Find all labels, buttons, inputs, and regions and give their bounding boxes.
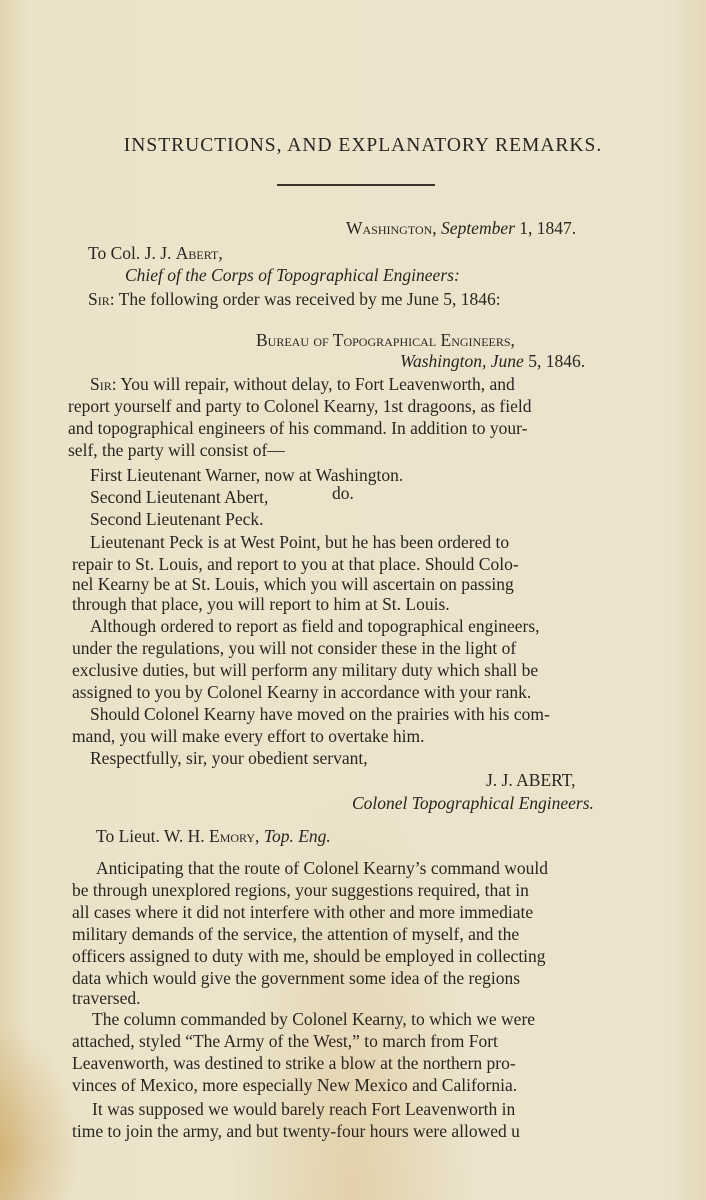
order-recipient: To Lieut. W. H. Emory, Top. Eng. [96,825,331,847]
party-member: Second Lieutenant Abert, [90,486,268,508]
order-line: repair to St. Louis, and report to you a… [72,553,519,575]
closing: Respectfully, sir, your obedient servant… [90,747,368,769]
bureau-heading: Bureau of Topographical Engineers, [256,329,515,351]
body-line: time to join the army, and but twenty-fo… [72,1120,520,1142]
order-line: self, the party will consist of— [68,439,285,461]
dateline-rest: 1, 1847. [515,218,576,238]
party-member: Second Lieutenant Peck. [90,508,264,530]
body-line: attached, styled “The Army of the West,”… [72,1030,498,1052]
party-member: First Lieutenant Warner, now at Washingt… [90,464,403,486]
body-line: data which would give the government som… [72,967,520,989]
order-line: Although ordered to report as field and … [90,615,540,637]
body-line: be through unexplored regions, your sugg… [72,879,529,901]
body-line: Anticipating that the route of Colonel K… [96,857,548,879]
order-line: under the regulations, you will not cons… [72,637,516,659]
order-line: assigned to you by Colonel Kearny in acc… [72,681,531,703]
order-line: Lieutenant Peck is at West Point, but he… [90,531,509,553]
order-line: mand, you will make every effort to over… [72,725,425,747]
address-to: To Col. J. J. Abert, [88,242,223,264]
page-title: INSTRUCTIONS, AND EXPLANATORY REMARKS. [10,135,706,157]
order-line: report yourself and party to Colonel Kea… [68,395,531,417]
body-line: Leavenworth, was destined to strike a bl… [72,1052,516,1074]
body-line: military demands of the service, the att… [72,923,519,945]
order-line: Sir: You will repair, without delay, to … [90,373,515,395]
body-line: officers assigned to duty with me, shoul… [72,945,546,967]
body-line: It was supposed we would barely reach Fo… [92,1098,515,1120]
party-member-note: do. [332,482,354,504]
signature-title: Colonel Topographical Engineers. [352,792,594,814]
order-line: nel Kearny be at St. Louis, which you wi… [72,573,514,595]
title-divider [277,184,435,186]
signature: J. J. ABERT, [486,769,576,791]
intro-line: Sir: The following order was received by… [88,288,501,310]
dateline-date: September [441,218,515,238]
order-line: exclusive duties, but will perform any m… [72,659,538,681]
order-line: Should Colonel Kearny have moved on the … [90,703,550,725]
scanned-page: INSTRUCTIONS, AND EXPLANATORY REMARKS. W… [0,0,706,1200]
body-line: vinces of Mexico, more especially New Me… [72,1074,517,1096]
salutation: Sir: [88,289,115,309]
body-line: The column commanded by Colonel Kearny, … [92,1008,535,1030]
order-line: and topographical engineers of his comma… [68,417,527,439]
order-line: through that place, you will report to h… [72,593,450,615]
addressee-name: Abert, [176,243,223,263]
order-dateline: Washington, June 5, 1846. [400,350,585,372]
dateline-place: Washington, [346,218,437,238]
address-title: Chief of the Corps of Topographical Engi… [125,264,460,286]
dateline: Washington, September 1, 1847. [346,217,576,239]
body-line: traversed. [72,987,141,1009]
body-line: all cases where it did not interfere wit… [72,901,533,923]
